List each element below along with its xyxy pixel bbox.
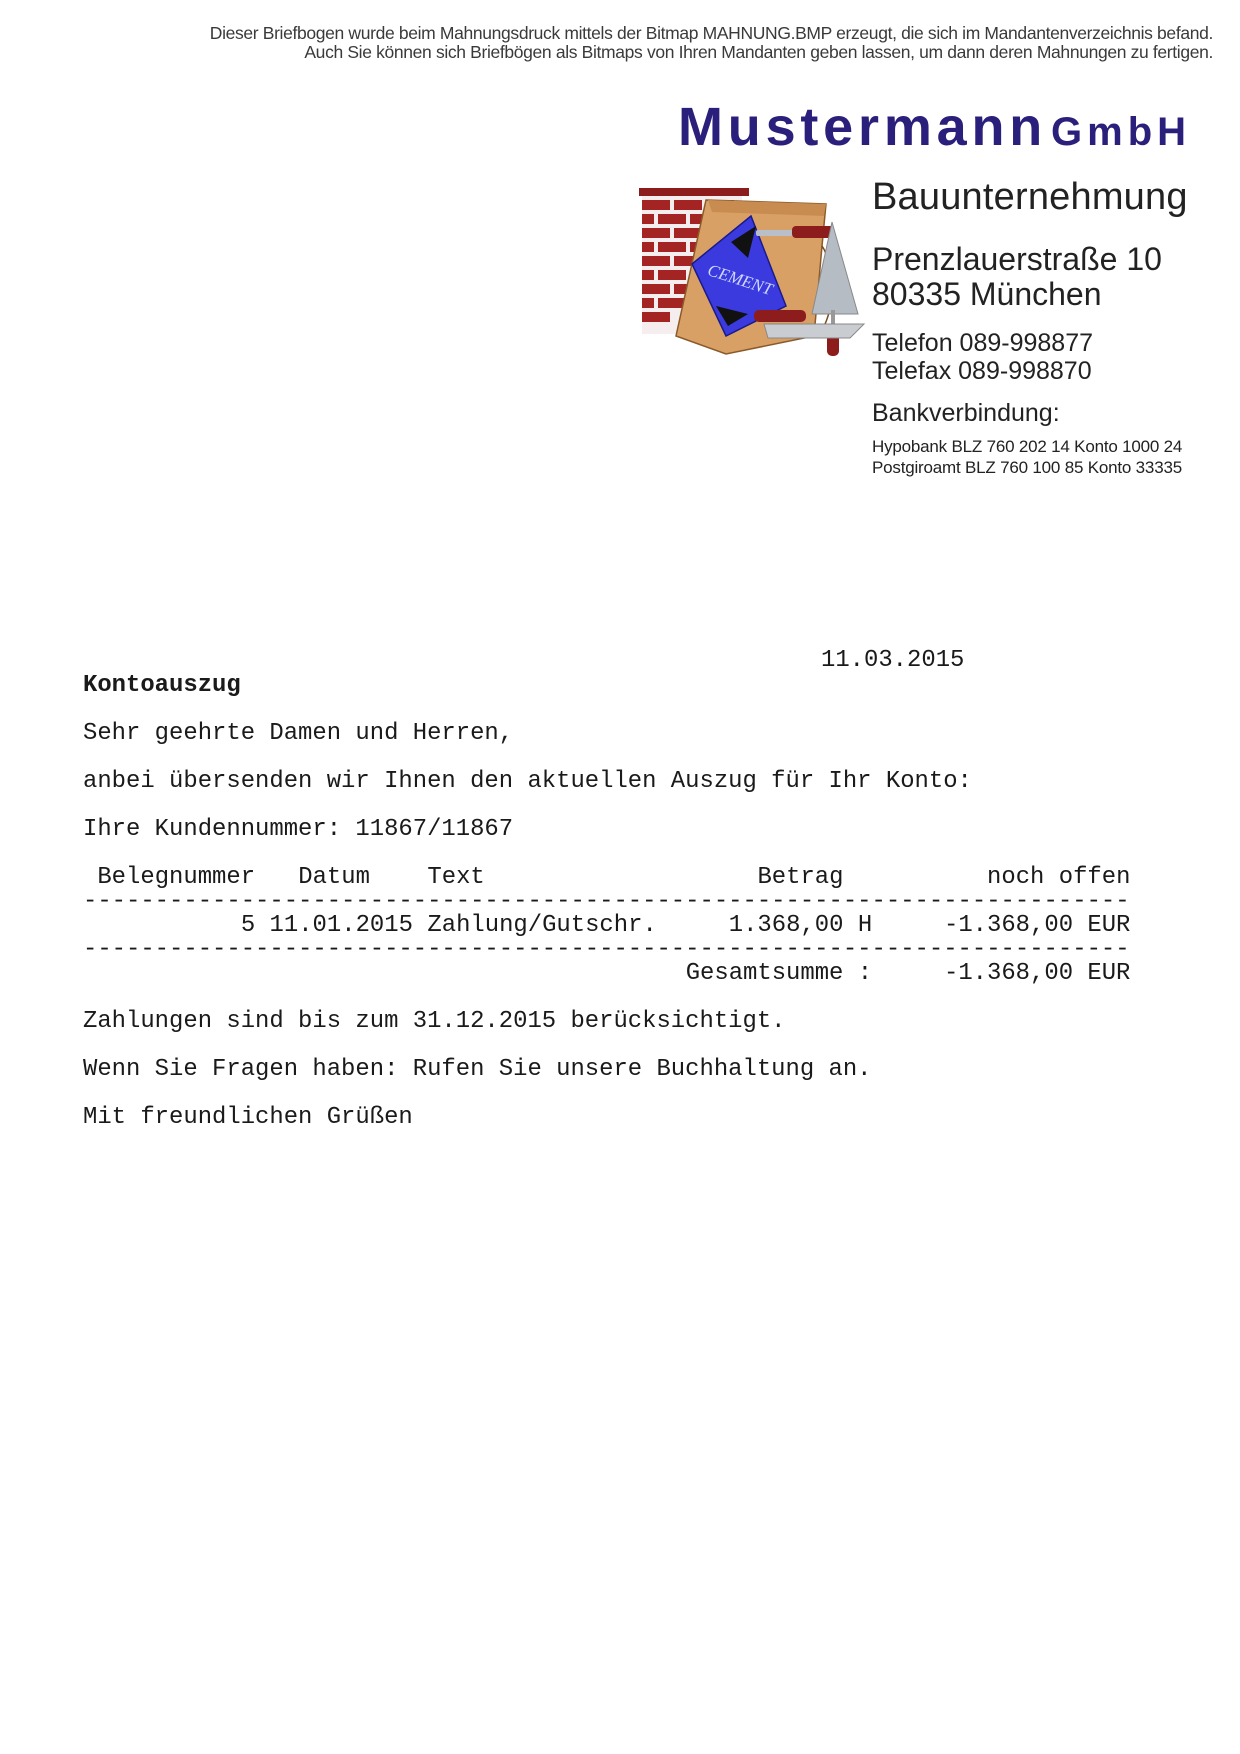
table-total: Gesamtsumme : -1.368,00 EUR [83,962,1133,986]
company-name-suffix: GmbH [1051,110,1191,154]
total-label: Gesamtsumme : [686,962,872,986]
letter-salutation: Sehr geehrte Damen und Herren, [83,722,513,746]
table-rule-top: ----------------------------------------… [83,890,1133,914]
cell-belegnummer: 5 [241,914,255,938]
table-header: Belegnummer Datum Text Betrag noch offen [83,866,1133,890]
letterhead-disclaimer: Dieser Briefbogen wurde beim Mahnungsdru… [210,24,1213,62]
questions-note: Wenn Sie Fragen haben: Rufen Sie unsere … [83,1058,872,1082]
statement-table: Belegnummer Datum Text Betrag noch offen… [83,866,1133,986]
letter-date: 11.03.2015 [821,649,964,673]
cell-noch-offen: -1.368,00 EUR [944,914,1130,938]
cell-soll-haben: H [858,914,872,938]
customer-number: 11867/11867 [355,816,513,843]
cell-datum: 11.01.2015 [270,914,413,938]
company-trade: Bauunternehmung [872,176,1188,219]
cell-text: Zahlung/Gutschr. [427,914,656,938]
payments-note: Zahlungen sind bis zum 31.12.2015 berück… [83,1010,786,1034]
column-header-text: Text [427,866,484,890]
closing: Mit freundlichen Grüßen [83,1106,413,1130]
letter-subject: Kontoauszug [83,674,241,698]
table-rule-bottom: ----------------------------------------… [83,938,1133,962]
column-header-belegnummer: Belegnummer [97,866,255,890]
disclaimer-line-1: Dieser Briefbogen wurde beim Mahnungsdru… [210,24,1213,43]
table-row: 5 11.01.2015 Zahlung/Gutschr. 1.368,00 H… [83,914,1133,938]
divider: ----------------------------------------… [83,938,1130,962]
company-fax: Telefax 089-998870 [872,357,1092,386]
construction-logo-icon: CEMENT [636,186,866,356]
column-header-betrag: Betrag [757,866,843,890]
company-street: Prenzlauerstraße 10 [872,241,1162,278]
cell-betrag: 1.368,00 [729,914,844,938]
bank-account-2: Postgiroamt BLZ 760 100 85 Konto 33335 [872,458,1182,478]
company-name-main: Mustermann [678,97,1047,157]
column-header-datum: Datum [298,866,370,890]
company-city: 80335 München [872,276,1102,313]
customer-number-label: Ihre Kundennummer: [83,816,341,843]
bank-heading: Bankverbindung: [872,399,1060,428]
company-phone: Telefon 089-998877 [872,329,1093,358]
column-header-noch-offen: noch offen [987,866,1130,890]
divider: ----------------------------------------… [83,890,1130,914]
bank-account-1: Hypobank BLZ 760 202 14 Konto 1000 24 [872,437,1182,457]
disclaimer-line-2: Auch Sie können sich Briefbögen als Bitm… [210,43,1213,62]
letter-intro: anbei übersenden wir Ihnen den aktuellen… [83,770,972,794]
total-value: -1.368,00 EUR [944,962,1130,986]
company-name: MustermannGmbH [678,96,1191,158]
customer-number-line: Ihre Kundennummer: 11867/11867 [83,818,513,842]
